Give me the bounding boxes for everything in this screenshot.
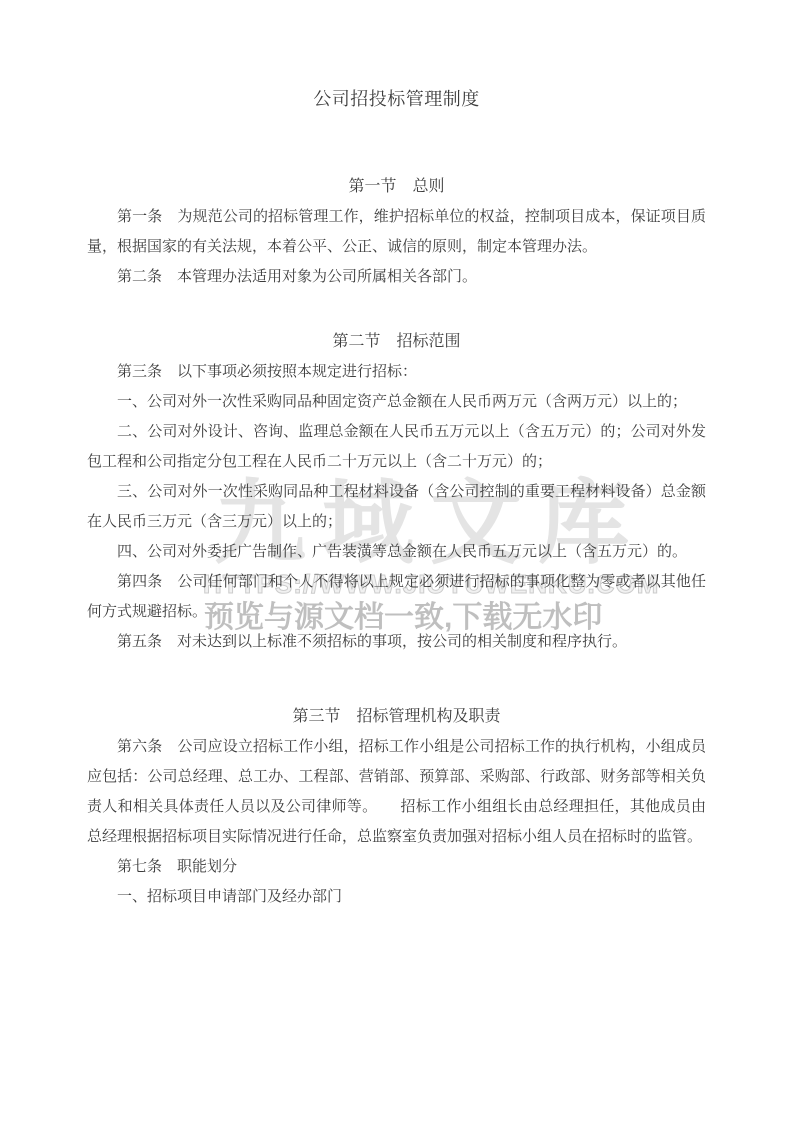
article-5: 第五条 对未达到以上标准不须招标的事项，按公司的相关制度和程序执行。 <box>87 627 706 657</box>
section-general-rules: 第一节 总则 第一条 为规范公司的招标管理工作，维护招标单位的权益，控制项目成本… <box>87 172 706 292</box>
article-3-item-3: 三、公司对外一次性采购同品种工程材料设备（含公司控制的重要工程材料设备）总金额在… <box>87 477 706 537</box>
document-title: 公司招投标管理制度 <box>87 88 706 110</box>
article-4: 第四条 公司任何部门和个人不得将以上规定必须进行招标的事项化整为零或者以其他任何… <box>87 567 706 627</box>
article-3: 第三条 以下事项必须按照本规定进行招标： <box>87 357 706 387</box>
article-6: 第六条 公司应设立招标工作小组，招标工作小组是公司招标工作的执行机构，小组成员应… <box>87 732 706 852</box>
document-content: 公司招投标管理制度 第一节 总则 第一条 为规范公司的招标管理工作，维护招标单位… <box>87 0 706 912</box>
section-bidding-scope: 第二节 招标范围 第三条 以下事项必须按照本规定进行招标： 一、公司对外一次性采… <box>87 327 706 657</box>
section-2-heading: 第二节 招标范围 <box>87 327 706 357</box>
article-1: 第一条 为规范公司的招标管理工作，维护招标单位的权益，控制项目成本，保证项目质量… <box>87 202 706 262</box>
article-7: 第七条 职能划分 <box>87 852 706 882</box>
article-3-item-1: 一、公司对外一次性采购同品种固定资产总金额在人民币两万元（含两万元）以上的； <box>87 387 706 417</box>
article-3-item-2: 二、公司对外设计、咨询、监理总金额在人民币五万元以上（含五万元）的；公司对外发包… <box>87 417 706 477</box>
article-2: 第二条 本管理办法适用对象为公司所属相关各部门。 <box>87 262 706 292</box>
article-7-item-1: 一、招标项目申请部门及经办部门 <box>87 882 706 912</box>
section-management-organization: 第三节 招标管理机构及职责 第六条 公司应设立招标工作小组，招标工作小组是公司招… <box>87 702 706 912</box>
section-3-heading: 第三节 招标管理机构及职责 <box>87 702 706 732</box>
section-1-heading: 第一节 总则 <box>87 172 706 202</box>
document-page: 九域文库 HTTPS://WWW.JIUYUWENKU.COM 预览与源文档一致… <box>0 0 792 1122</box>
article-3-item-4: 四、公司对外委托广告制作、广告装潢等总金额在人民币五万元以上（含五万元）的。 <box>87 537 706 567</box>
